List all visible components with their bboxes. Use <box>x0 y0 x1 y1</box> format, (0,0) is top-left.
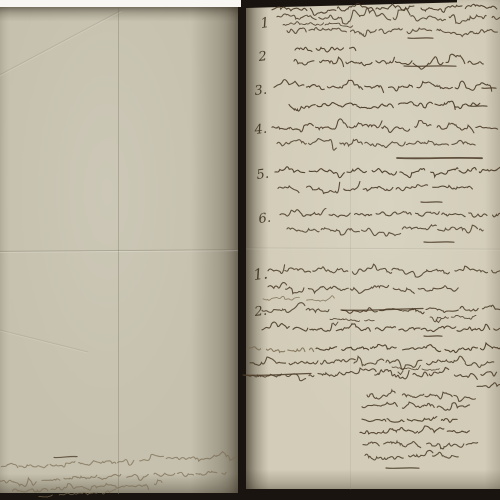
strike-mark <box>243 374 311 376</box>
handwriting-line <box>367 390 475 401</box>
handwriting-line <box>477 383 500 388</box>
handwriting-line <box>262 322 500 331</box>
handwriting-line <box>263 296 334 302</box>
handwriting-line <box>287 225 483 236</box>
handwriting-line <box>278 182 472 194</box>
left-page-text <box>0 449 238 499</box>
list-number: 1 <box>260 15 271 32</box>
list-number: 6. <box>258 211 272 227</box>
handwriting-line <box>250 356 494 370</box>
handwriting-line <box>316 343 500 353</box>
list-number: 2 <box>257 49 268 65</box>
handwriting-line <box>272 4 497 16</box>
list-number: 5. <box>256 167 270 183</box>
handwriting-line <box>262 303 329 313</box>
caret-mark <box>398 371 403 375</box>
handwriting-line <box>277 139 475 151</box>
handwriting-line <box>280 208 500 217</box>
list-number: 4. <box>253 122 268 139</box>
handwriting-line <box>39 489 116 497</box>
handwriting-line <box>363 441 478 449</box>
handwriting-line <box>268 264 500 277</box>
manuscript-photo: 123.4.5.6.1.2. <box>0 0 500 500</box>
list-number: 2. <box>253 304 268 321</box>
handwriting-line <box>426 305 500 312</box>
right-page-text: 123.4.5.6.1.2. <box>243 4 500 469</box>
handwriting-line <box>272 119 498 133</box>
handwriting-line <box>274 80 492 93</box>
handwriting-line <box>330 319 374 322</box>
handwriting-line <box>12 479 162 495</box>
handwriting-line <box>0 470 226 488</box>
handwriting-line <box>268 283 458 294</box>
list-number: 1. <box>252 264 268 284</box>
handwriting-line <box>275 167 500 178</box>
handwriting-line <box>1 451 236 471</box>
handwriting-line <box>362 402 470 410</box>
handwriting-line <box>295 47 356 52</box>
handwriting-line <box>360 426 470 434</box>
caret-mark <box>333 322 338 326</box>
handwriting-line <box>294 54 483 69</box>
handwriting-line <box>365 450 458 460</box>
handwriting-line <box>362 417 457 423</box>
list-number: 3. <box>254 83 268 99</box>
handwriting-layer: 123.4.5.6.1.2. <box>0 0 500 500</box>
handwriting-line <box>318 368 497 380</box>
handwriting-line <box>287 28 497 37</box>
handwriting-line <box>289 101 480 111</box>
overline-mark <box>54 456 77 457</box>
handwriting-line <box>277 8 500 24</box>
handwriting-line <box>247 347 314 352</box>
